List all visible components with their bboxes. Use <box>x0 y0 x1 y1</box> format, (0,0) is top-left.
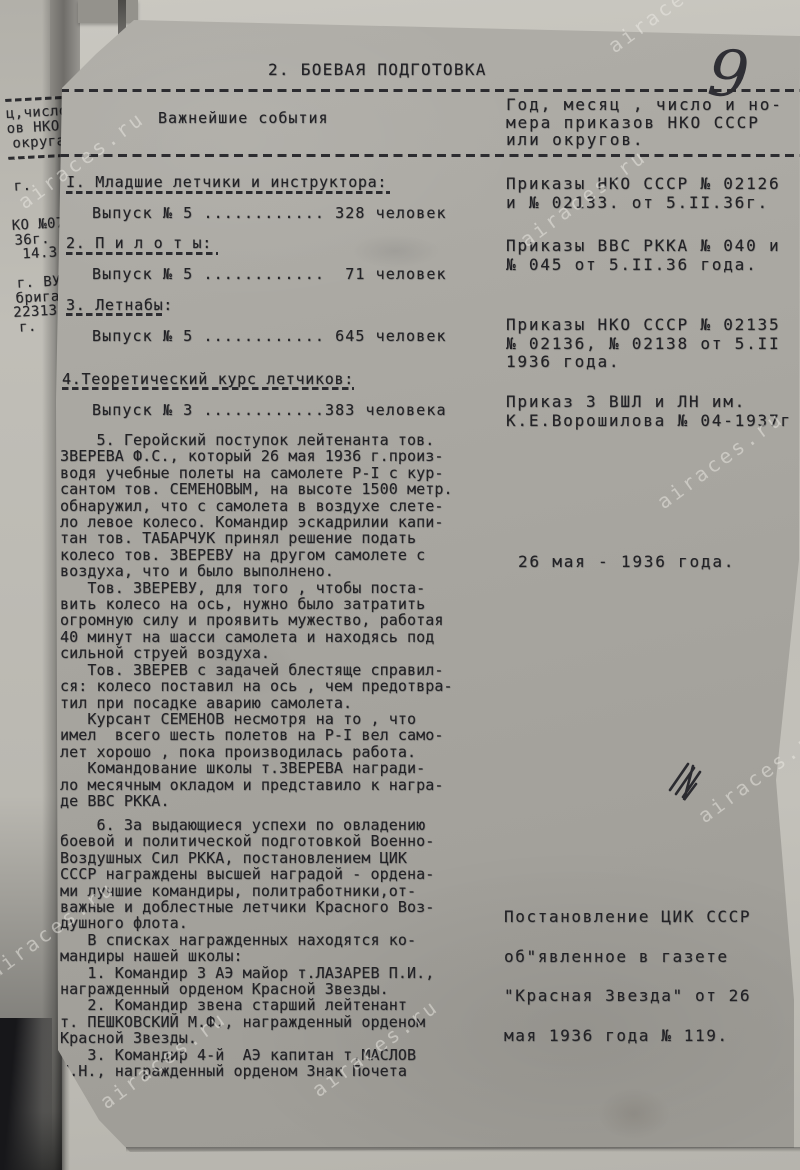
dashed-underline <box>66 313 162 316</box>
dashed-underline <box>62 387 354 390</box>
decree-note: Постановление ЦИК СССР об"явленное в газ… <box>504 897 751 1055</box>
scan-corner-shadow <box>0 1018 52 1170</box>
dashed-separator <box>60 89 800 92</box>
date-note: 26 мая - 1936 года. <box>518 552 735 571</box>
story-awards: 6. За выдающиеся успехи по овладению бое… <box>60 817 516 1080</box>
section-order-reference: Приказы НКО СССР № 02126 и № 02133. от 5… <box>506 175 780 212</box>
page-title: 2. БОЕВАЯ ПОДГОТОВКА <box>268 60 487 79</box>
paper-stain <box>598 1088 670 1140</box>
section-order-reference: Приказы НКО СССР № 02135 № 02136, № 0213… <box>506 316 780 372</box>
section-entry: Выпуск № 3 ............383 человека <box>92 401 447 419</box>
paper-tab <box>78 0 138 23</box>
column-header-events: Важнейшие события <box>158 109 329 127</box>
dashed-underline <box>66 191 390 194</box>
section-heading: 2. П и л о т ы: <box>66 234 212 252</box>
margin-fragment: г. <box>19 319 37 336</box>
section-heading: I. Младшие летчики и инструктора: <box>66 173 387 191</box>
section-entry: Выпуск № 5 ............ 328 человек <box>92 204 447 222</box>
page-bottom-edge-shadow <box>126 1147 800 1152</box>
section-order-reference: Приказы ВВС РККА № 040 и № 045 от 5.II.3… <box>506 237 780 274</box>
document-page: 2. БОЕВАЯ ПОДГОТОВКА 9 Важнейшие события… <box>0 0 800 1170</box>
section-entry: Выпуск № 5 ............ 645 человек <box>92 327 447 345</box>
column-header-orders: Год, месяц , число и но- мера приказов Н… <box>506 96 783 149</box>
paper-stain <box>350 234 440 268</box>
section-order-reference: Приказ 3 ВШЛ и ЛН им. К.Е.Ворошилова № 0… <box>506 393 792 430</box>
margin-fragment: г. <box>13 178 31 195</box>
paper-stain <box>170 630 300 700</box>
section-heading: 4.Теоретический курс летчиков: <box>62 370 354 388</box>
section-heading: 3. Летнабы: <box>66 296 173 314</box>
document-scan: ц,число ов НКО округа г. КО №07 36г. и 1… <box>0 0 800 1170</box>
story-heroic-deed: 5. Геройский поступок лейтенанта тов. ЗВ… <box>60 432 516 809</box>
dashed-separator <box>60 154 800 157</box>
dashed-underline <box>66 252 218 255</box>
handwritten-mark <box>658 752 710 818</box>
